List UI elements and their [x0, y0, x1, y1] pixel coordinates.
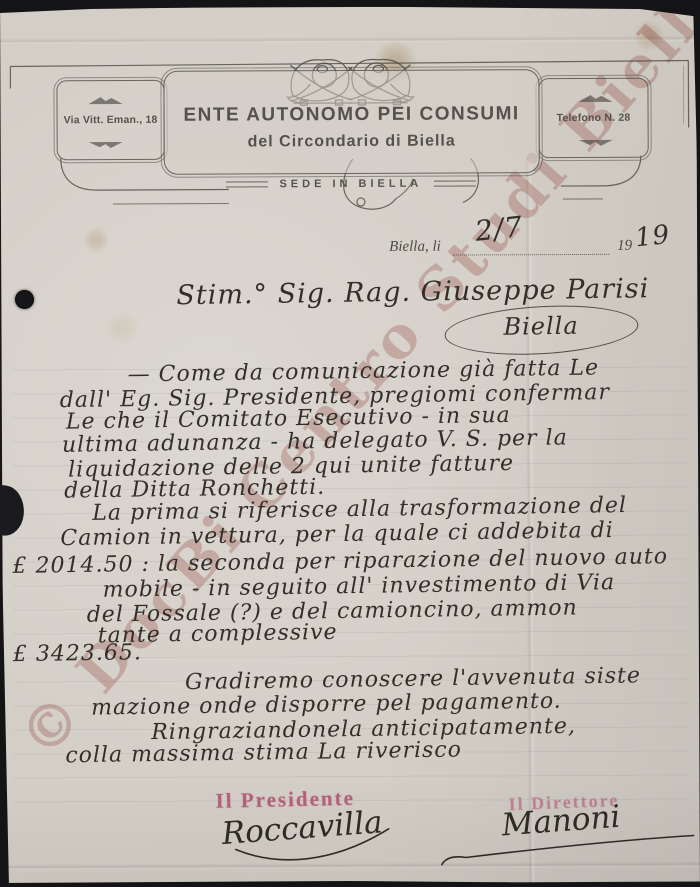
hole-punch [15, 290, 34, 309]
organization-subtitle: del Circondario di Biella [248, 132, 456, 151]
handwritten-line: £ 3423.65. [13, 640, 142, 667]
dateline: Biella, li 2/7 19 19 [389, 232, 669, 267]
dateline-year-handwritten: 19 [634, 220, 672, 254]
signature-flourishes [3, 775, 700, 887]
letterhead-title-box: ENTE AUTONOMO PEI CONSUMI del Circondari… [163, 69, 539, 175]
letterhead-address-box: Via Vitt. Eman., 18 [56, 80, 164, 160]
seat-line-row: SEDE IN BIELLA [164, 177, 538, 191]
letterhead-phone: Telefono N. 28 [557, 112, 631, 124]
dateline-day-month-handwritten: 2/7 [473, 210, 524, 248]
seat-dash-left [225, 181, 267, 187]
dateline-place-printed: Biella, li [389, 239, 441, 256]
letterhead-phone-box: Telefono N. 28 [538, 78, 648, 158]
letterhead-address: Via Vitt. Eman., 18 [64, 114, 158, 126]
dateline-century-printed: 19 [617, 238, 632, 255]
letter-paper: © DocBi Centro Studi Biellesi [0, 5, 700, 884]
organization-name: ENTE AUTONOMO PEI CONSUMI [183, 103, 519, 126]
seat-dash-right [434, 180, 476, 186]
top-rule-line [10, 61, 688, 67]
seat-label: SEDE IN BIELLA [279, 178, 422, 191]
